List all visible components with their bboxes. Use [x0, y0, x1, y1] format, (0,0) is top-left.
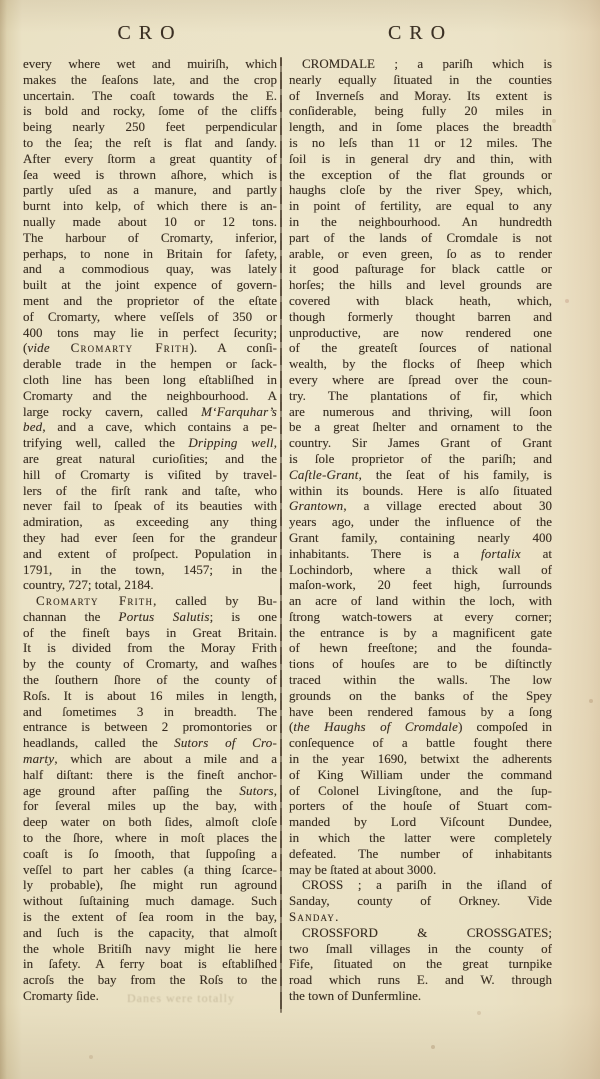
text-line: tions of houſes are to be diſtinctly — [289, 656, 552, 672]
text-line: built at the joint expence of govern- — [23, 277, 277, 293]
text-line: try. The plantations of fir, which — [289, 388, 552, 404]
text-line: of Inverneſs and Moray. Its extent is — [289, 88, 552, 104]
text-line: part of the lands of Cromdale is not — [289, 230, 552, 246]
text-line: is ſole proprietor of the pariſh; and — [289, 451, 552, 467]
text-line: in the year 1690, betwixt the adherents — [289, 751, 552, 767]
text-line: of Cromarty, where veſſels of 350 or — [23, 309, 277, 325]
text-line: of hewn freeſtone; and the founda- — [289, 640, 552, 656]
text-line: and ſuch is the capacity, that almoſt — [23, 925, 277, 941]
text-line: Cromarty and the neighbourhood. A — [23, 388, 277, 404]
text-line: is bold and rocky, ſome of the cliffs — [23, 103, 277, 119]
text-line: haughs cloſe by the river Spey, which, — [289, 182, 552, 198]
text-line: The harbour of Cromarty, inferior, — [23, 230, 277, 246]
text-line: admiration, as exceeding any thing — [23, 514, 277, 530]
text-line: and a commodious quay, was lately — [23, 261, 277, 277]
text-line: Grant family, containing nearly 400 — [289, 530, 552, 546]
text-line: Sanday. — [289, 909, 552, 925]
text-line: the ſouthern ſhore of the county of — [23, 672, 277, 688]
text-line: ſoil is in general dry and thin, with — [289, 151, 552, 167]
text-line: country, 727; total, 2184. — [23, 577, 277, 593]
text-line: the exception of the flat grounds or — [289, 167, 552, 183]
text-line: acroſs the bay from the Roſs to the — [23, 972, 277, 988]
text-line: length, and in ſome places the breadth — [289, 119, 552, 135]
text-line: cloth line has been long eſtabliſhed in — [23, 372, 277, 388]
text-line: to the ſea; the reſt is flat and ſandy. — [23, 135, 277, 151]
text-line: hill of Cromarty is viſited by travel- — [23, 467, 277, 483]
text-line: in which the latter were completely — [289, 830, 552, 846]
text-line: being nearly 250 feet perpendicular — [23, 119, 277, 135]
text-line: large rocky cavern, called M‘Farquhar’s — [23, 404, 277, 420]
text-line: are numerous and thriving, will ſoon — [289, 404, 552, 420]
text-line: conſiderable, being fully 20 miles in — [289, 103, 552, 119]
column-divider-rule — [280, 57, 282, 1013]
text-line: every where are ſpread over the coun- — [289, 372, 552, 388]
text-line: it good paſturage for black cattle or — [289, 261, 552, 277]
text-line: Grantown, a village erected about 30 — [289, 498, 552, 514]
text-line: coaſt is ſo ſmooth, that ſuppoſing a — [23, 846, 277, 862]
text-line: headlands, called the Sutors of Cro- — [23, 735, 277, 751]
text-line: Lochindorb, where a thick wall of — [289, 562, 552, 578]
text-line: lers of the firſt rank and taſte, who — [23, 483, 277, 499]
text-line: country. Sir James Grant of Grant — [289, 435, 552, 451]
text-line: manded by Lord Viſcount Dundee, — [289, 814, 552, 830]
text-line: entrance is between 2 promontories or — [23, 719, 277, 735]
text-line: the entrance is by a magnificent gate — [289, 625, 552, 641]
text-line: deep water on both ſides, almoſt cloſe — [23, 814, 277, 830]
scanned-page: CRO CRO every where wet and muiriſh, whi… — [0, 0, 600, 1079]
text-line: have been rendered famous by a ſong — [289, 704, 552, 720]
text-line: the whole Britiſh navy might lie here — [23, 941, 277, 957]
text-line: by the county of Cromarty, and waſhes — [23, 656, 277, 672]
text-line: nually made about 10 or 12 tons. — [23, 214, 277, 230]
text-line: years ago, under the influence of the — [289, 514, 552, 530]
text-line: an acre of land within the loch, with — [289, 593, 552, 609]
text-line: in ſafety. A ferry boat is eſtabliſhed — [23, 956, 277, 972]
text-line: and ſometimes 3 in breadth. The — [23, 704, 277, 720]
text-line: within its bounds. Here is alſo ſituated — [289, 483, 552, 499]
text-line: of the fineſt bays in Great Britain. — [23, 625, 277, 641]
text-line: age ground after paſſing the Sutors, — [23, 783, 277, 799]
text-line: are great natural curioſities; and the — [23, 451, 277, 467]
text-column-left: every where wet and muiriſh, whichmakes … — [23, 56, 277, 1008]
text-line: for ſeveral miles up the bay, with — [23, 798, 277, 814]
text-column-right: CROMDALE ; a pariſh which isnearly equal… — [289, 56, 552, 1008]
text-line: road which runs E. and W. through — [289, 972, 552, 988]
text-line: to the ſhore, where in moſt places the — [23, 830, 277, 846]
text-line: bed, and a cave, which contains a pe- — [23, 419, 277, 435]
text-line: may be ſtated at about 3000. — [289, 862, 552, 878]
text-line: channan the Portus Salutis; is one — [23, 609, 277, 625]
text-line: and extent of proſpect. Population in — [23, 546, 277, 562]
text-line: Roſs. It is about 16 miles in length, — [23, 688, 277, 704]
text-line: in point of fertility, are equal to any — [289, 198, 552, 214]
text-line: be a great ſhelter and ornament to the — [289, 419, 552, 435]
text-line: though formerly thought barren and — [289, 309, 552, 325]
text-line: in the neighbourhood. An hundredth — [289, 214, 552, 230]
text-line: horſes; the hills and level grounds are — [289, 277, 552, 293]
text-line: uncertain. The coaſt towards the E. — [23, 88, 277, 104]
text-line: Sanday, county of Orkney. Vide — [289, 893, 552, 909]
text-line: is no leſs than 11 or 12 miles. The — [289, 135, 552, 151]
text-line: ment and the proprietor of the eſtate — [23, 293, 277, 309]
text-line: ſtrong watch-towers at every corner; — [289, 609, 552, 625]
text-line: (the Haughs of Cromdale) compoſed in — [289, 719, 552, 735]
text-line: CROSSFORD & CROSSGATES; — [289, 925, 552, 941]
text-line: they had ever ſeen for the grandeur — [23, 530, 277, 546]
text-line: wealth, by the flocks of ſheep which — [289, 356, 552, 372]
text-line: It is divided from the Moray Frith — [23, 640, 277, 656]
text-line: ly probable), ſhe might run aground — [23, 877, 277, 893]
text-line: of Colonel Livingſtone, and the ſup- — [289, 783, 552, 799]
text-line: nearly equally ſituated in the counties — [289, 72, 552, 88]
running-header-right: CRO — [289, 22, 552, 45]
text-line: arable, or even green, ſo as to render — [289, 246, 552, 262]
text-line: ſea weed is thrown aſhore, which is — [23, 167, 277, 183]
text-line: 1791, in the town, 1457; in the — [23, 562, 277, 578]
text-line: Fife, ſituated on the great turnpike — [289, 956, 552, 972]
paper-specks — [0, 0, 2, 2]
text-line: derable trade in the hempen or ſack- — [23, 356, 277, 372]
text-line: (vide Cromarty Frith). A conſi- — [23, 340, 277, 356]
text-line: the town of Dunfermline. — [289, 988, 552, 1004]
text-line: defeated. The number of inhabitants — [289, 846, 552, 862]
text-line: CROSS ; a pariſh in the iſland of — [289, 877, 552, 893]
text-line: Cromarty Frith, called by Bu- — [23, 593, 277, 609]
text-line: without ſuſtaining much damage. Such — [23, 893, 277, 909]
text-line: traced within the walls. The low — [289, 672, 552, 688]
bleed-through-text: Danes were totally — [127, 991, 235, 1006]
text-line: perhaps, to none in Britain for ſafety, — [23, 246, 277, 262]
text-line: 400 tons may lie in perfect ſecurity; — [23, 325, 277, 341]
text-line: porters of the houſe of Stuart com- — [289, 798, 552, 814]
text-line: burnt into kelp, of which there is an- — [23, 198, 277, 214]
text-line: marty, which are about a mile and a — [23, 751, 277, 767]
text-line: is the extent of ſea room in the bay, — [23, 909, 277, 925]
text-line: maſon-work, 20 feet high, ſurrounds — [289, 577, 552, 593]
text-line: After every ſtorm a great quantity of — [23, 151, 277, 167]
text-line: trifying well, called the Dripping well, — [23, 435, 277, 451]
text-line: partly uſed as a manure, and partly — [23, 182, 277, 198]
text-line: never fail to ſpeak of its beauties with — [23, 498, 277, 514]
text-line: two ſmall villages in the county of — [289, 941, 552, 957]
text-line: unproductive, are now rendered one — [289, 325, 552, 341]
text-line: CROMDALE ; a pariſh which is — [289, 56, 552, 72]
text-line: veſſel to part her cables (a thing ſcarc… — [23, 862, 277, 878]
text-line: grounds on the banks of the Spey — [289, 688, 552, 704]
text-line: half diſtant: there is the fineſt anchor… — [23, 767, 277, 783]
text-line: covered with black heath, which, — [289, 293, 552, 309]
text-line: inhabitants. There is a fortalix at — [289, 546, 552, 562]
running-header-left: CRO — [23, 22, 277, 45]
text-line: every where wet and muiriſh, which — [23, 56, 277, 72]
text-line: makes the ſeaſons late, and the crop — [23, 72, 277, 88]
text-line: of King William under the command — [289, 767, 552, 783]
text-line: Caſtle-Grant, the ſeat of his family, is — [289, 467, 552, 483]
text-line: of the greateſt ſources of national — [289, 340, 552, 356]
text-line: conſequence of a battle fought there — [289, 735, 552, 751]
